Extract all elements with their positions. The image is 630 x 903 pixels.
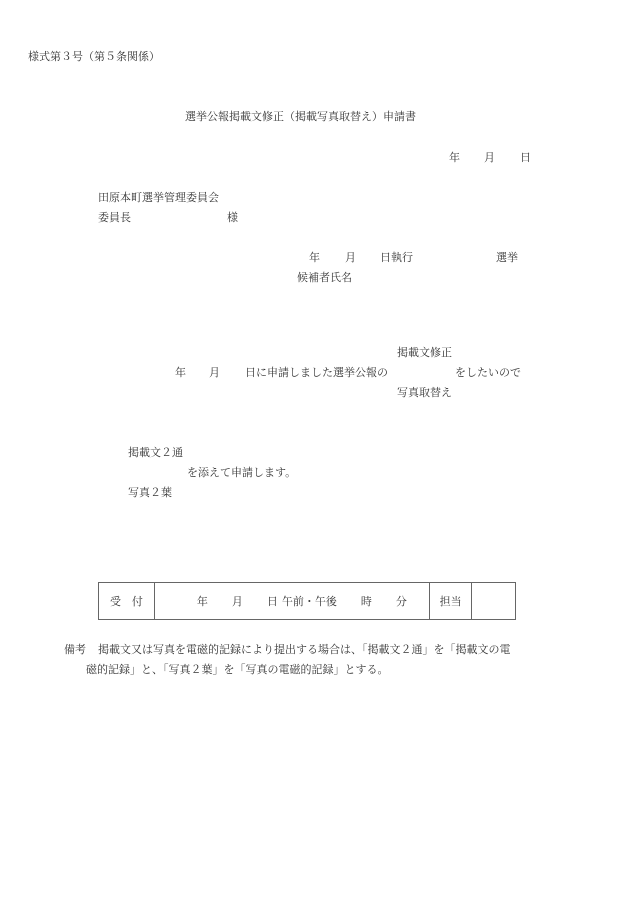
attachment-text-copies: 掲載文２通 bbox=[128, 446, 183, 460]
election-day-exec-label: 日執行 bbox=[380, 251, 413, 265]
staff-stamp-cell bbox=[472, 583, 516, 620]
reception-datetime: 年月日午前・午後時分 bbox=[154, 583, 429, 620]
election-month-label: 月 bbox=[345, 251, 356, 265]
reception-day-label: 日 bbox=[267, 595, 278, 608]
option-photo-replace: 写真取替え bbox=[397, 386, 452, 400]
note-label: 備考 bbox=[64, 643, 86, 657]
election-year-label: 年 bbox=[309, 251, 320, 265]
form-number: 様式第３号（第５条関係） bbox=[28, 50, 160, 64]
request-year-label: 年 bbox=[175, 366, 186, 380]
staff-label: 担当 bbox=[430, 583, 472, 620]
reception-month-label: 月 bbox=[232, 595, 243, 608]
request-middle-text: 日に申請しました選挙公報の bbox=[245, 366, 388, 380]
reception-year-label: 年 bbox=[197, 595, 208, 608]
document-title: 選挙公報掲載文修正（掲載写真取替え）申請書 bbox=[185, 110, 416, 124]
candidate-name-label: 候補者氏名 bbox=[297, 271, 352, 285]
option-text-correction: 掲載文修正 bbox=[397, 346, 452, 360]
attachment-photos: 写真２葉 bbox=[128, 486, 172, 500]
attachment-middle-text: を添えて申請します。 bbox=[187, 466, 296, 480]
note-line-1: 掲載文又は写真を電磁的記録により提出する場合は、「掲載文２通」を「掲載文の電 bbox=[98, 643, 511, 657]
date-day-label: 日 bbox=[520, 151, 531, 165]
note-line-2: 磁的記録」と、「写真２葉」を「写真の電磁的記録」とする。 bbox=[86, 663, 389, 677]
reception-minute-label: 分 bbox=[396, 595, 407, 608]
request-month-label: 月 bbox=[209, 366, 220, 380]
election-suffix: 選挙 bbox=[496, 251, 518, 265]
reception-ampm-label: 午前・午後 bbox=[282, 595, 337, 608]
reception-hour-label: 時 bbox=[361, 595, 372, 608]
request-end-text: をしたいので bbox=[455, 366, 521, 380]
honorific: 様 bbox=[227, 211, 238, 225]
committee-name: 田原本町選挙管理委員会 bbox=[98, 191, 219, 205]
reception-label: 受 付 bbox=[99, 583, 155, 620]
date-month-label: 月 bbox=[484, 151, 495, 165]
chair-title: 委員長 bbox=[98, 211, 131, 225]
date-year-label: 年 bbox=[449, 151, 460, 165]
reception-table: 受 付 年月日午前・午後時分 担当 bbox=[98, 582, 516, 620]
